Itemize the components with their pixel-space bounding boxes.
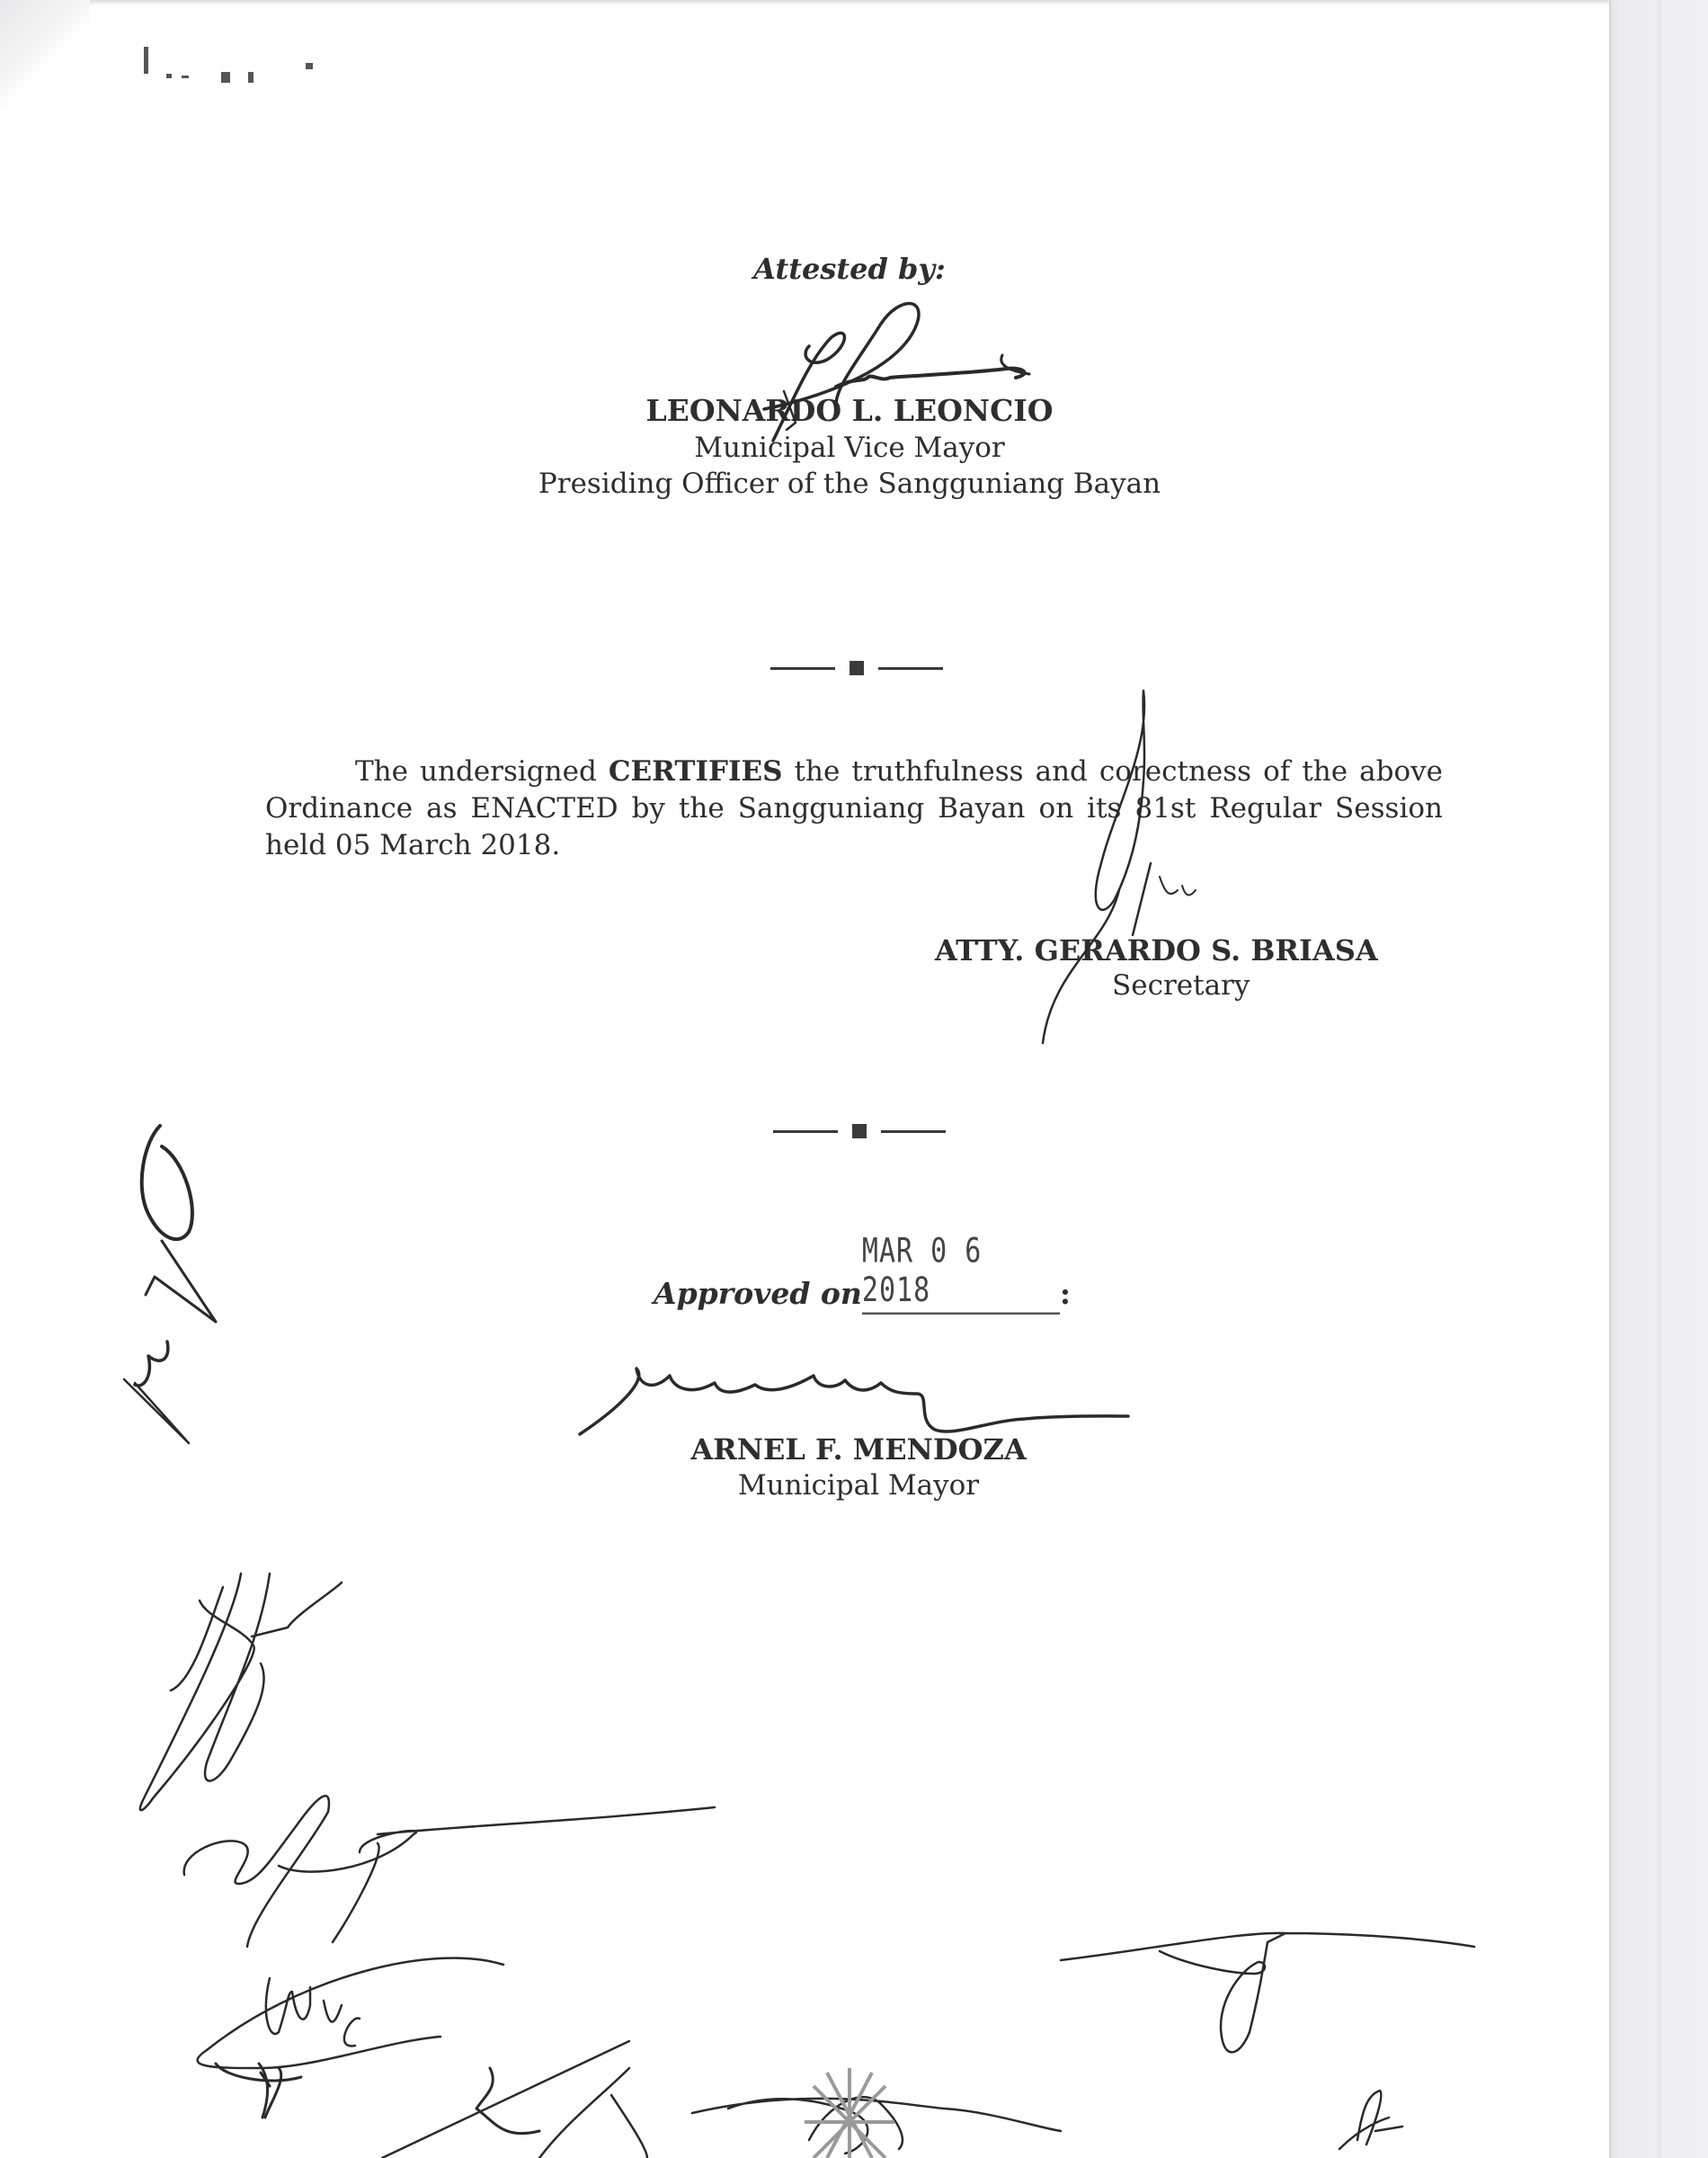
vice-mayor-name: LEONARDO L. LEONCIO xyxy=(0,393,1699,428)
scanner-edge xyxy=(1609,0,1708,2158)
separator-dash xyxy=(878,667,943,670)
approval-date-stamp: MAR 0 6 2018 xyxy=(862,1232,1060,1315)
certifies-emphasis: CERTIFIES xyxy=(609,755,783,788)
signatures-layer xyxy=(0,0,1708,2158)
separator-dash xyxy=(770,667,835,670)
approved-on-line: Approved onMAR 0 6 2018: xyxy=(654,1248,1071,1315)
square-bullet-icon xyxy=(850,661,864,675)
secretary-name: ATTY. GERARDO S. BRIASA xyxy=(935,933,1378,968)
separator-dash xyxy=(881,1130,946,1133)
page-top-shadow xyxy=(90,0,1609,5)
separator-dash xyxy=(773,1130,838,1133)
council-signatures-icon xyxy=(140,1574,1474,2158)
official-seal-icon xyxy=(805,2068,894,2158)
section-separator xyxy=(773,1124,953,1140)
initials-margin-icon xyxy=(124,1126,216,1443)
certification-paragraph: The undersigned CERTIFIES the truthfulne… xyxy=(265,754,1443,864)
attested-by-label: Attested by: xyxy=(0,252,1699,286)
secretary-title: Secretary xyxy=(1112,969,1250,1002)
presiding-officer-title: Presiding Officer of the Sangguniang Bay… xyxy=(0,468,1699,500)
signature-mendoza-icon xyxy=(580,1369,1128,1434)
approved-on-label: Approved on xyxy=(654,1276,862,1311)
section-separator xyxy=(770,661,950,677)
page-corner-fold xyxy=(0,0,90,108)
approved-terminator: : xyxy=(1060,1276,1071,1311)
mayor-name: ARNEL F. MENDOZA xyxy=(0,1432,1708,1467)
scan-specks-icon xyxy=(144,47,313,83)
square-bullet-icon xyxy=(852,1124,867,1138)
certification-lead: The undersigned xyxy=(355,755,609,788)
mayor-title: Municipal Mayor xyxy=(0,1469,1708,1502)
vice-mayor-title: Municipal Vice Mayor xyxy=(0,432,1699,464)
